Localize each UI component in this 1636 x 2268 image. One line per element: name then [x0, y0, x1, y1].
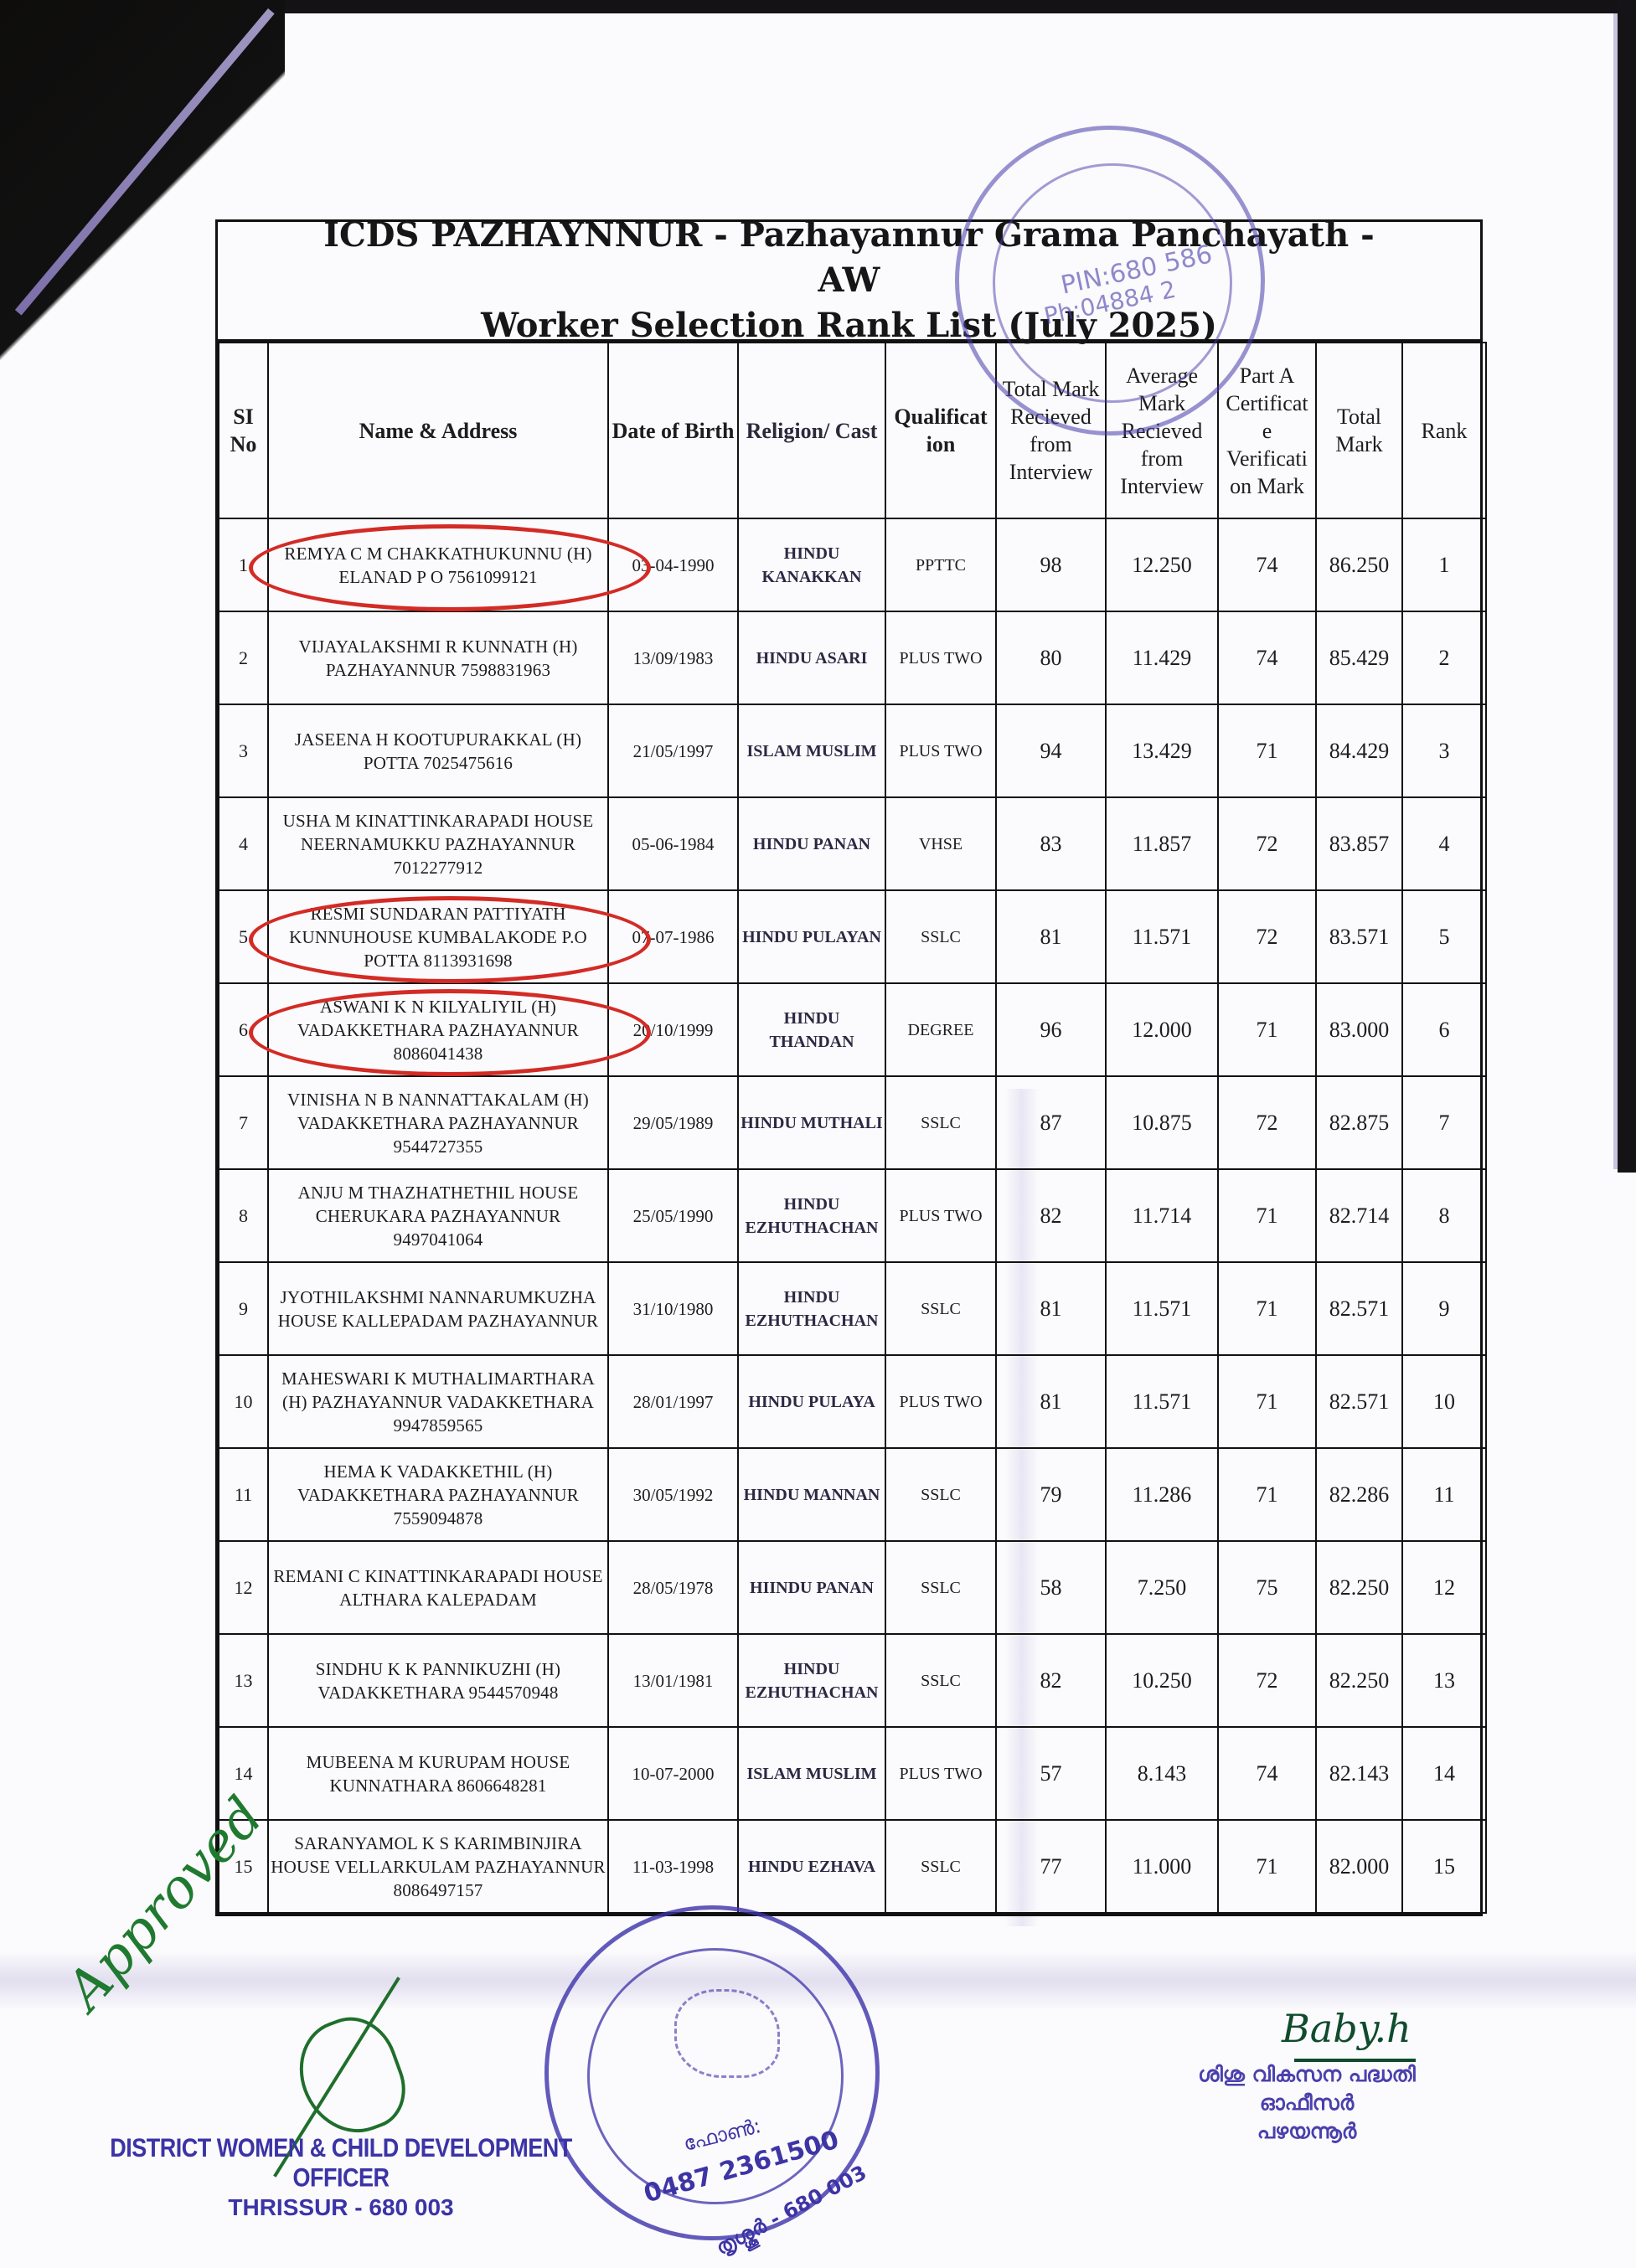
scanner-right-edge [1618, 0, 1636, 1173]
name-address-cell-text: MAHESWARI K MUTHALIMARTHARA (H) PAZHAYAN… [281, 1369, 595, 1436]
part-a-mark-cell: 71 [1218, 1820, 1316, 1913]
total-interview-mark-cell: 82 [996, 1169, 1106, 1262]
cdpo-seal: ശിശു വികസന പദ്ധതി ഓഫീസർ പഴയന്നൂർ [1169, 2060, 1445, 2146]
name-address-cell-text: SINDHU K K PANNIKUZHI (H) VADAKKETHARA 9… [316, 1659, 560, 1703]
rank-cell: 14 [1402, 1727, 1486, 1820]
religion-caste-cell-text: HINDU PULAYA [748, 1393, 875, 1411]
name-address-cell-text: ANJU M THAZHATHETHIL HOUSE CHERUKARA PAZ… [298, 1183, 579, 1250]
rank-list-table: SI No Name & Address Date of Birth Relig… [218, 342, 1487, 1914]
total-interview-mark-cell-text: 83 [1040, 832, 1062, 856]
religion-caste-cell-text: HINDU THANDAN [769, 1009, 854, 1051]
average-interview-mark-cell: 11.000 [1106, 1820, 1218, 1913]
total-interview-mark-cell: 81 [996, 1262, 1106, 1355]
average-interview-mark-cell: 7.250 [1106, 1541, 1218, 1634]
total-interview-mark-cell: 80 [996, 611, 1106, 704]
name-address-cell: VINISHA N B NANNATTAKALAM (H) VADAKKETHA… [268, 1076, 608, 1169]
part-a-mark-cell-text: 71 [1257, 1854, 1278, 1879]
average-interview-mark-cell-text: 11.571 [1133, 1296, 1192, 1321]
header-dob: Date of Birth [608, 343, 738, 518]
religion-caste-cell-text: HIINDU PANAN [750, 1579, 874, 1597]
page-right-edge [1613, 13, 1618, 1169]
religion-caste-cell-text: HINDU MUTHALI [741, 1114, 882, 1132]
total-interview-mark-cell: 81 [996, 890, 1106, 983]
rank-cell: 3 [1402, 704, 1486, 797]
religion-caste-cell: HINDU ASARI [738, 611, 885, 704]
title-row: ICDS PAZHAYNNUR - Pazhayannur Grama Panc… [218, 222, 1480, 342]
dob-cell: 21/05/1997 [608, 704, 738, 797]
scanner-top-edge [276, 0, 1636, 13]
part-a-mark-cell: 72 [1218, 1634, 1316, 1727]
total-mark-cell-text: 82.571 [1329, 1389, 1390, 1414]
qualification-cell: SSLC [885, 890, 996, 983]
header-name-address: Name & Address [268, 343, 608, 518]
part-a-mark-cell: 71 [1218, 1262, 1316, 1355]
name-address-cell: REMANI C KINATTINKARAPADI HOUSE ALTHARA … [268, 1541, 608, 1634]
cdpo-signature: Baby.h [1282, 2006, 1412, 2051]
religion-caste-cell: HINDU EZHAVA [738, 1820, 885, 1913]
dob-cell-text: 03-04-1990 [632, 555, 715, 575]
total-mark-cell-text: 82.143 [1329, 1761, 1390, 1786]
total-mark-cell: 82.286 [1316, 1448, 1402, 1541]
average-interview-mark-cell-text: 12.000 [1132, 1018, 1192, 1042]
total-interview-mark-cell-text: 98 [1040, 553, 1062, 577]
sl-no-cell: 6 [219, 983, 268, 1076]
average-interview-mark-cell: 11.571 [1106, 1262, 1218, 1355]
total-mark-cell: 82.714 [1316, 1169, 1402, 1262]
total-mark-cell-text: 84.429 [1329, 739, 1390, 763]
total-interview-mark-cell-text: 57 [1040, 1761, 1062, 1786]
average-interview-mark-cell: 12.250 [1106, 518, 1218, 611]
table-row: 3JASEENA H KOOTUPURAKKAL (H) POTTA 70254… [219, 704, 1486, 797]
total-interview-mark-cell-text: 82 [1040, 1668, 1062, 1693]
rank-cell-text: 8 [1439, 1204, 1450, 1228]
total-interview-mark-cell-text: 81 [1040, 1389, 1062, 1414]
sl-no-cell: 4 [219, 797, 268, 890]
religion-caste-cell: HIINDU PANAN [738, 1541, 885, 1634]
average-interview-mark-cell: 10.250 [1106, 1634, 1218, 1727]
average-interview-mark-cell-text: 8.143 [1138, 1761, 1187, 1786]
total-interview-mark-cell: 58 [996, 1541, 1106, 1634]
name-address-cell-text: MUBEENA M KURUPAM HOUSE KUNNATHARA 86066… [307, 1752, 570, 1796]
average-interview-mark-cell-text: 11.857 [1133, 832, 1192, 856]
dob-cell: 20/10/1999 [608, 983, 738, 1076]
dob-cell: 10-07-2000 [608, 1727, 738, 1820]
rank-cell-text: 12 [1433, 1575, 1455, 1600]
rank-cell-text: 3 [1439, 739, 1450, 763]
sl-no-cell-text: 11 [235, 1484, 252, 1505]
dob-cell-text: 10-07-2000 [632, 1764, 715, 1784]
qualification-cell: SSLC [885, 1541, 996, 1634]
header-total-mark: Total Mark [1316, 343, 1402, 518]
table-row: 13SINDHU K K PANNIKUZHI (H) VADAKKETHARA… [219, 1634, 1486, 1727]
dob-cell: 03-04-1990 [608, 518, 738, 611]
name-address-cell-text: JASEENA H KOOTUPURAKKAL (H) POTTA 702547… [295, 729, 581, 773]
header-qualification: Qualificat ion [885, 343, 996, 518]
total-mark-cell-text: 82.875 [1329, 1111, 1390, 1135]
total-interview-mark-cell-text: 94 [1040, 739, 1062, 763]
name-address-cell-text: USHA M KINATTINKARAPADI HOUSE NEERNAMUKK… [283, 811, 594, 878]
qualification-cell: SSLC [885, 1448, 996, 1541]
sl-no-cell-text: 9 [239, 1298, 248, 1319]
dob-cell: 13/01/1981 [608, 1634, 738, 1727]
sl-no-cell: 8 [219, 1169, 268, 1262]
dob-cell-text: 30/05/1992 [633, 1485, 714, 1505]
name-address-cell-text: RESMI SUNDARAN PATTIYATH KUNNUHOUSE KUMB… [289, 904, 587, 971]
name-address-cell-text: VIJAYALAKSHMI R KUNNATH (H) PAZHAYANNUR … [298, 637, 577, 680]
sl-no-cell-text: 13 [235, 1670, 253, 1691]
qualification-cell-text: PPTTC [916, 556, 966, 575]
rank-cell-text: 2 [1439, 646, 1450, 670]
qualification-cell: PLUS TWO [885, 1355, 996, 1448]
part-a-mark-cell-text: 74 [1257, 553, 1278, 577]
rank-cell-text: 9 [1439, 1296, 1450, 1321]
dob-cell: 29/05/1989 [608, 1076, 738, 1169]
total-mark-cell: 84.429 [1316, 704, 1402, 797]
average-interview-mark-cell-text: 11.571 [1133, 925, 1192, 949]
panchayath-seal-stamp: PIN:680 586 Ph:04884 2 [955, 126, 1265, 436]
qualification-cell-text: PLUS TWO [899, 742, 982, 760]
part-a-mark-cell-text: 71 [1257, 1204, 1278, 1228]
table-row: 2VIJAYALAKSHMI R KUNNATH (H) PAZHAYANNUR… [219, 611, 1486, 704]
total-mark-cell: 82.875 [1316, 1076, 1402, 1169]
total-interview-mark-cell: 81 [996, 1355, 1106, 1448]
religion-caste-cell-text: HINDU ASARI [756, 649, 868, 668]
dob-cell-text: 21/05/1997 [633, 741, 714, 761]
elephant-emblem-icon [674, 1989, 780, 2078]
qualification-cell: SSLC [885, 1820, 996, 1913]
average-interview-mark-cell-text: 11.429 [1133, 646, 1192, 670]
dob-cell: 25/05/1990 [608, 1169, 738, 1262]
religion-caste-cell-text: HINDU EZHUTHACHAN [746, 1288, 879, 1330]
part-a-mark-cell: 74 [1218, 611, 1316, 704]
sl-no-cell-text: 12 [235, 1577, 253, 1598]
total-mark-cell: 82.571 [1316, 1355, 1402, 1448]
name-address-cell: ASWANI K N KILYALIYIL (H) VADAKKETHARA P… [268, 983, 608, 1076]
sl-no-cell-text: 4 [239, 833, 248, 854]
name-address-cell: RESMI SUNDARAN PATTIYATH KUNNUHOUSE KUMB… [268, 890, 608, 983]
total-interview-mark-cell: 98 [996, 518, 1106, 611]
part-a-mark-cell-text: 74 [1257, 1761, 1278, 1786]
dob-cell-text: 25/05/1990 [633, 1206, 714, 1226]
average-interview-mark-cell: 11.571 [1106, 890, 1218, 983]
total-mark-cell-text: 82.250 [1329, 1668, 1390, 1693]
sl-no-cell: 11 [219, 1448, 268, 1541]
sl-no-cell-text: 8 [239, 1205, 248, 1226]
qualification-cell-text: SSLC [921, 1486, 961, 1504]
dob-cell-text: 28/01/1997 [633, 1392, 714, 1412]
part-a-mark-cell-text: 72 [1257, 1668, 1278, 1693]
total-interview-mark-cell: 87 [996, 1076, 1106, 1169]
religion-caste-cell-text: HINDU EZHUTHACHAN [746, 1660, 879, 1702]
table-row: 10MAHESWARI K MUTHALIMARTHARA (H) PAZHAY… [219, 1355, 1486, 1448]
sl-no-cell-text: 5 [239, 926, 248, 947]
rank-cell-text: 14 [1433, 1761, 1455, 1786]
qualification-cell-text: SSLC [921, 1579, 961, 1597]
sl-no-cell: 12 [219, 1541, 268, 1634]
name-address-cell: VIJAYALAKSHMI R KUNNATH (H) PAZHAYANNUR … [268, 611, 608, 704]
religion-caste-cell-text: HINDU KANAKKAN [762, 544, 862, 586]
rank-cell-text: 1 [1439, 553, 1450, 577]
total-interview-mark-cell-text: 82 [1040, 1204, 1062, 1228]
total-mark-cell: 86.250 [1316, 518, 1402, 611]
name-address-cell: SINDHU K K PANNIKUZHI (H) VADAKKETHARA 9… [268, 1634, 608, 1727]
dob-cell-text: 28/05/1978 [633, 1578, 714, 1598]
religion-caste-cell-text: HINDU MANNAN [744, 1486, 880, 1504]
name-address-cell: HEMA K VADAKKETHIL (H) VADAKKETHARA PAZH… [268, 1448, 608, 1541]
table-row: 9JYOTHILAKSHMI NANNARUMKUZHA HOUSE KALLE… [219, 1262, 1486, 1355]
rank-cell: 9 [1402, 1262, 1486, 1355]
part-a-mark-cell: 71 [1218, 1169, 1316, 1262]
average-interview-mark-cell-text: 13.429 [1132, 739, 1192, 763]
qualification-cell: SSLC [885, 1262, 996, 1355]
sl-no-cell: 7 [219, 1076, 268, 1169]
part-a-mark-cell-text: 71 [1257, 1389, 1278, 1414]
name-address-cell: REMYA C M CHAKKATHUKUNNU (H) ELANAD P O … [268, 518, 608, 611]
religion-caste-cell-text: HINDU EZHAVA [748, 1858, 875, 1876]
sl-no-cell: 5 [219, 890, 268, 983]
total-mark-cell: 82.250 [1316, 1634, 1402, 1727]
total-interview-mark-cell-text: 87 [1040, 1111, 1062, 1135]
average-interview-mark-cell-text: 11.286 [1133, 1482, 1192, 1507]
part-a-mark-cell-text: 72 [1257, 1111, 1278, 1135]
part-a-mark-cell: 75 [1218, 1541, 1316, 1634]
religion-caste-cell: ISLAM MUSLIM [738, 704, 885, 797]
rank-cell: 4 [1402, 797, 1486, 890]
sl-no-cell-text: 7 [239, 1112, 248, 1133]
average-interview-mark-cell-text: 10.250 [1132, 1668, 1192, 1693]
part-a-mark-cell-text: 72 [1257, 832, 1278, 856]
total-interview-mark-cell-text: 96 [1040, 1018, 1062, 1042]
total-mark-cell: 83.571 [1316, 890, 1402, 983]
rank-cell: 5 [1402, 890, 1486, 983]
total-mark-cell-text: 82.000 [1329, 1854, 1390, 1879]
rank-cell-text: 5 [1439, 925, 1450, 949]
table-row: 6ASWANI K N KILYALIYIL (H) VADAKKETHARA … [219, 983, 1486, 1076]
qualification-cell: PLUS TWO [885, 704, 996, 797]
table-row: 7VINISHA N B NANNATTAKALAM (H) VADAKKETH… [219, 1076, 1486, 1169]
sl-no-cell: 2 [219, 611, 268, 704]
total-interview-mark-cell: 57 [996, 1727, 1106, 1820]
name-address-cell-text: HEMA K VADAKKETHIL (H) VADAKKETHARA PAZH… [297, 1461, 579, 1528]
table-row: 1REMYA C M CHAKKATHUKUNNU (H) ELANAD P O… [219, 518, 1486, 611]
qualification-cell: SSLC [885, 1634, 996, 1727]
part-a-mark-cell-text: 71 [1257, 739, 1278, 763]
dob-cell-text: 29/05/1989 [633, 1113, 714, 1133]
rank-cell-text: 13 [1433, 1668, 1455, 1693]
table-row: 15SARANYAMOL K S KARIMBINJIRA HOUSE VELL… [219, 1820, 1486, 1913]
rank-cell-text: 7 [1439, 1111, 1450, 1135]
rank-cell: 12 [1402, 1541, 1486, 1634]
dob-cell: 05-06-1984 [608, 797, 738, 890]
name-address-cell-text: VINISHA N B NANNATTAKALAM (H) VADAKKETHA… [287, 1090, 589, 1157]
total-interview-mark-cell: 77 [996, 1820, 1106, 1913]
total-mark-cell-text: 82.250 [1329, 1575, 1390, 1600]
religion-caste-cell: HINDU PANAN [738, 797, 885, 890]
average-interview-mark-cell: 11.286 [1106, 1448, 1218, 1541]
part-a-mark-cell: 71 [1218, 1448, 1316, 1541]
part-a-mark-cell: 72 [1218, 797, 1316, 890]
dob-cell-text: 11-03-1998 [632, 1857, 714, 1877]
total-mark-cell-text: 83.571 [1329, 925, 1390, 949]
total-mark-cell: 83.857 [1316, 797, 1402, 890]
qualification-cell: PLUS TWO [885, 1727, 996, 1820]
religion-caste-cell: HINDU EZHUTHACHAN [738, 1634, 885, 1727]
total-mark-cell: 82.000 [1316, 1820, 1402, 1913]
average-interview-mark-cell: 11.571 [1106, 1355, 1218, 1448]
qualification-cell: DEGREE [885, 983, 996, 1076]
total-mark-cell-text: 86.250 [1329, 553, 1390, 577]
total-mark-cell: 85.429 [1316, 611, 1402, 704]
rank-cell-text: 6 [1439, 1018, 1450, 1042]
total-mark-cell-text: 83.857 [1329, 832, 1390, 856]
dob-cell-text: 07-07-1986 [632, 927, 715, 947]
header-sl-no: SI No [219, 343, 268, 518]
district-officer-block: DISTRICT WOMEN & CHILD DEVELOPMENT OFFIC… [94, 2137, 588, 2221]
dob-cell: 13/09/1983 [608, 611, 738, 704]
sl-no-cell: 9 [219, 1262, 268, 1355]
total-interview-mark-cell-text: 81 [1040, 1296, 1062, 1321]
name-address-cell: USHA M KINATTINKARAPADI HOUSE NEERNAMUKK… [268, 797, 608, 890]
total-mark-cell: 82.143 [1316, 1727, 1402, 1820]
dob-cell: 30/05/1992 [608, 1448, 738, 1541]
religion-caste-cell: HINDU PULAYA [738, 1355, 885, 1448]
part-a-mark-cell: 71 [1218, 1355, 1316, 1448]
religion-caste-cell: HINDU MANNAN [738, 1448, 885, 1541]
total-mark-cell: 82.571 [1316, 1262, 1402, 1355]
sl-no-cell: 1 [219, 518, 268, 611]
district-office-seal-stamp: ഫോൺ: 0487 2361500 തൃശ്ശൂർ - 680 003 [544, 1905, 880, 2240]
qualification-cell-text: SSLC [921, 928, 961, 946]
religion-caste-cell-text: ISLAM MUSLIM [746, 742, 876, 760]
total-mark-cell-text: 83.000 [1329, 1018, 1390, 1042]
total-interview-mark-cell-text: 80 [1040, 646, 1062, 670]
religion-caste-cell: HINDU EZHUTHACHAN [738, 1262, 885, 1355]
qualification-cell-text: PLUS TWO [899, 1393, 982, 1411]
dob-cell-text: 05-06-1984 [632, 834, 715, 854]
qualification-cell: VHSE [885, 797, 996, 890]
average-interview-mark-cell-text: 11.000 [1133, 1854, 1192, 1879]
rank-cell: 15 [1402, 1820, 1486, 1913]
sl-no-cell-text: 10 [235, 1391, 253, 1412]
part-a-mark-cell-text: 71 [1257, 1296, 1278, 1321]
officer-title: DISTRICT WOMEN & CHILD DEVELOPMENT OFFIC… [94, 2133, 588, 2193]
sl-no-cell-text: 6 [239, 1019, 248, 1040]
rank-cell: 10 [1402, 1355, 1486, 1448]
rank-cell-text: 11 [1433, 1482, 1454, 1507]
average-interview-mark-cell: 12.000 [1106, 983, 1218, 1076]
average-interview-mark-cell: 11.857 [1106, 797, 1218, 890]
rank-cell: 7 [1402, 1076, 1486, 1169]
dob-cell: 11-03-1998 [608, 1820, 738, 1913]
part-a-mark-cell: 72 [1218, 1076, 1316, 1169]
religion-caste-cell-text: HINDU PULAYAN [742, 928, 881, 946]
sl-no-cell: 13 [219, 1634, 268, 1727]
dob-cell: 28/05/1978 [608, 1541, 738, 1634]
rank-list-table-container: ICDS PAZHAYNNUR - Pazhayannur Grama Panc… [215, 219, 1483, 1916]
cdpo-seal-line-2: പഴയന്നൂർ [1169, 2117, 1445, 2146]
total-interview-mark-cell: 96 [996, 983, 1106, 1076]
total-interview-mark-cell-text: 81 [1040, 925, 1062, 949]
qualification-cell-text: DEGREE [908, 1021, 974, 1039]
name-address-cell-text: SARANYAMOL K S KARIMBINJIRA HOUSE VELLAR… [271, 1833, 605, 1900]
header-rank: Rank [1402, 343, 1486, 518]
part-a-mark-cell: 74 [1218, 1727, 1316, 1820]
average-interview-mark-cell: 8.143 [1106, 1727, 1218, 1820]
rank-cell: 2 [1402, 611, 1486, 704]
sl-no-cell-text: 3 [239, 740, 248, 761]
name-address-cell: MAHESWARI K MUTHALIMARTHARA (H) PAZHAYAN… [268, 1355, 608, 1448]
total-interview-mark-cell: 83 [996, 797, 1106, 890]
average-interview-mark-cell: 11.714 [1106, 1169, 1218, 1262]
qualification-cell: SSLC [885, 1076, 996, 1169]
sl-no-cell: 3 [219, 704, 268, 797]
rank-cell: 13 [1402, 1634, 1486, 1727]
total-interview-mark-cell-text: 77 [1040, 1854, 1062, 1879]
religion-caste-cell: HINDU MUTHALI [738, 1076, 885, 1169]
header-religion-caste: Religion/ Cast [738, 343, 885, 518]
total-interview-mark-cell: 94 [996, 704, 1106, 797]
religion-caste-cell-text: HINDU EZHUTHACHAN [746, 1195, 879, 1237]
part-a-mark-cell-text: 71 [1257, 1018, 1278, 1042]
qualification-cell-text: PLUS TWO [899, 1765, 982, 1783]
officer-location: THRISSUR - 680 003 [94, 2194, 588, 2221]
table-body: 1REMYA C M CHAKKATHUKUNNU (H) ELANAD P O… [219, 518, 1486, 1913]
table-row: 14MUBEENA M KURUPAM HOUSE KUNNATHARA 860… [219, 1727, 1486, 1820]
part-a-mark-cell-text: 74 [1257, 646, 1278, 670]
qualification-cell-text: PLUS TWO [899, 1207, 982, 1225]
table-row: 4USHA M KINATTINKARAPADI HOUSE NEERNAMUK… [219, 797, 1486, 890]
part-a-mark-cell: 72 [1218, 890, 1316, 983]
name-address-cell: MUBEENA M KURUPAM HOUSE KUNNATHARA 86066… [268, 1727, 608, 1820]
name-address-cell-text: JYOTHILAKSHMI NANNARUMKUZHA HOUSE KALLEP… [278, 1287, 599, 1331]
average-interview-mark-cell: 13.429 [1106, 704, 1218, 797]
total-mark-cell-text: 82.286 [1329, 1482, 1390, 1507]
part-a-mark-cell-text: 75 [1257, 1575, 1278, 1600]
table-row: 8ANJU M THAZHATHETHIL HOUSE CHERUKARA PA… [219, 1169, 1486, 1262]
total-mark-cell-text: 82.714 [1329, 1204, 1390, 1228]
table-row: 12REMANI C KINATTINKARAPADI HOUSE ALTHAR… [219, 1541, 1486, 1634]
part-a-mark-cell: 71 [1218, 704, 1316, 797]
rank-cell-text: 4 [1439, 832, 1450, 856]
religion-caste-cell: HINDU PULAYAN [738, 890, 885, 983]
religion-caste-cell: HINDU EZHUTHACHAN [738, 1169, 885, 1262]
part-a-mark-cell: 74 [1218, 518, 1316, 611]
religion-caste-cell-text: ISLAM MUSLIM [746, 1765, 876, 1783]
qualification-cell-text: SSLC [921, 1300, 961, 1318]
part-a-mark-cell-text: 71 [1257, 1482, 1278, 1507]
rank-cell: 11 [1402, 1448, 1486, 1541]
total-interview-mark-cell: 82 [996, 1634, 1106, 1727]
dob-cell: 07-07-1986 [608, 890, 738, 983]
table-row: 11HEMA K VADAKKETHIL (H) VADAKKETHARA PA… [219, 1448, 1486, 1541]
qualification-cell-text: SSLC [921, 1672, 961, 1690]
qualification-cell-text: VHSE [919, 835, 963, 853]
religion-caste-cell: ISLAM MUSLIM [738, 1727, 885, 1820]
name-address-cell-text: REMANI C KINATTINKARAPADI HOUSE ALTHARA … [273, 1566, 602, 1610]
sl-no-cell-text: 14 [235, 1763, 253, 1784]
dob-cell-text: 13/01/1981 [633, 1671, 714, 1691]
name-address-cell: JYOTHILAKSHMI NANNARUMKUZHA HOUSE KALLEP… [268, 1262, 608, 1355]
name-address-cell: SARANYAMOL K S KARIMBINJIRA HOUSE VELLAR… [268, 1820, 608, 1913]
average-interview-mark-cell-text: 10.875 [1132, 1111, 1192, 1135]
qualification-cell: PLUS TWO [885, 611, 996, 704]
qualification-cell-text: SSLC [921, 1858, 961, 1876]
part-a-mark-cell: 71 [1218, 983, 1316, 1076]
dob-cell: 31/10/1980 [608, 1262, 738, 1355]
dob-cell: 28/01/1997 [608, 1355, 738, 1448]
average-interview-mark-cell: 10.875 [1106, 1076, 1218, 1169]
name-address-cell: ANJU M THAZHATHETHIL HOUSE CHERUKARA PAZ… [268, 1169, 608, 1262]
